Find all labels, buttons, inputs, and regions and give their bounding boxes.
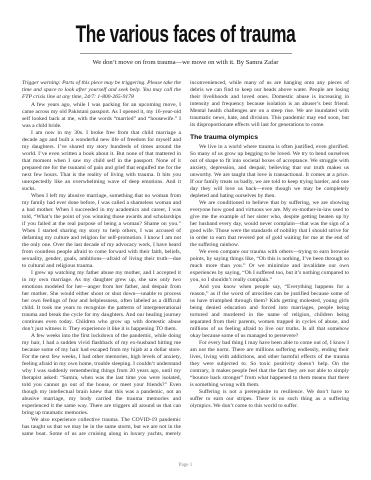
paragraph: We live in a world where trauma is often… bbox=[190, 144, 349, 200]
document-page: The various faces of trauma We don’t mov… bbox=[0, 0, 371, 480]
page-number: Page 1 bbox=[0, 463, 371, 468]
section-subheading: The trauma olympics bbox=[190, 133, 349, 142]
paragraph: I am now in my 30s. I broke free from th… bbox=[22, 130, 181, 193]
paragraph: When I left my abusive marriage, somethi… bbox=[22, 193, 181, 270]
paragraph: And you know when people say, “Everythin… bbox=[190, 284, 349, 340]
paragraph: I grew up watching my father abuse my mo… bbox=[22, 270, 181, 333]
article-header: The various faces of trauma We don’t mov… bbox=[0, 0, 371, 67]
paragraph: Suffering is not a prerequisite to resil… bbox=[190, 389, 349, 410]
paragraph: A few years ago, while I was packing for… bbox=[22, 102, 181, 130]
article-subtitle: We don’t move on from trauma—we move on … bbox=[0, 59, 371, 67]
paragraph: For every bad thing I may have been able… bbox=[190, 340, 349, 389]
trigger-warning: Trigger warning: Parts of this piece may… bbox=[22, 80, 181, 101]
paragraph: A few weeks into the first lockdown of t… bbox=[22, 333, 181, 417]
title-divider bbox=[80, 53, 292, 54]
paragraph: We are conditioned to believe that by su… bbox=[190, 200, 349, 249]
article-body: Trigger warning: Parts of this piece may… bbox=[22, 80, 349, 442]
article-title: The various faces of trauma bbox=[52, 22, 319, 48]
paragraph: We even compare our trauma with others—t… bbox=[190, 249, 349, 284]
